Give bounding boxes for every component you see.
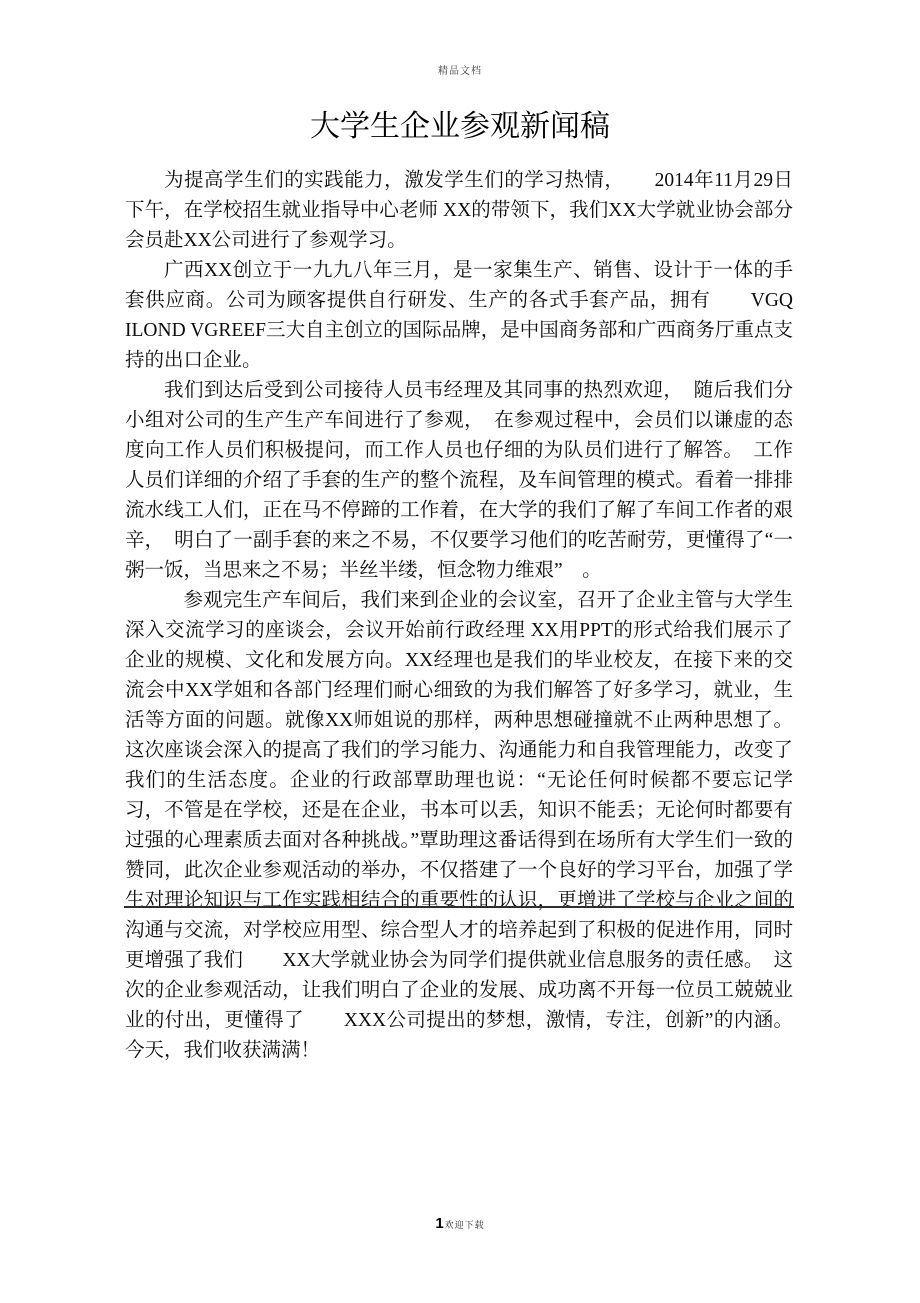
document-title: 大学生企业参观新闻稿 (0, 101, 920, 145)
page-footer: 1 欢迎下载 (0, 1215, 920, 1232)
document-body: 为提高学生们的实践能力，激发学生们的学习热情， 2014年11月29日下午，在学… (125, 166, 793, 1066)
paragraph: 为提高学生们的实践能力，激发学生们的学习热情， 2014年11月29日下午，在学… (125, 166, 793, 256)
paragraph: 参观完生产车间后，我们来到企业的会议室，召开了企业主管与大学生深入交流学习的座谈… (125, 586, 793, 1066)
footer-note: 欢迎下载 (445, 1218, 485, 1231)
paragraph: 广西XX创立于一九九八年三月，是一家集生产、销售、设计于一体的手套供应商。公司为… (125, 256, 793, 376)
paragraph: 我们到达后受到公司接待人员韦经理及其同事的热烈欢迎， 随后我们分小组对公司的生产… (125, 376, 793, 586)
horizontal-rule (124, 906, 794, 908)
document-page: 精品文档 大学生企业参观新闻稿 为提高学生们的实践能力，激发学生们的学习热情， … (0, 0, 920, 1303)
page-number: 1 (435, 1215, 443, 1232)
header-note: 精品文档 (0, 62, 920, 77)
